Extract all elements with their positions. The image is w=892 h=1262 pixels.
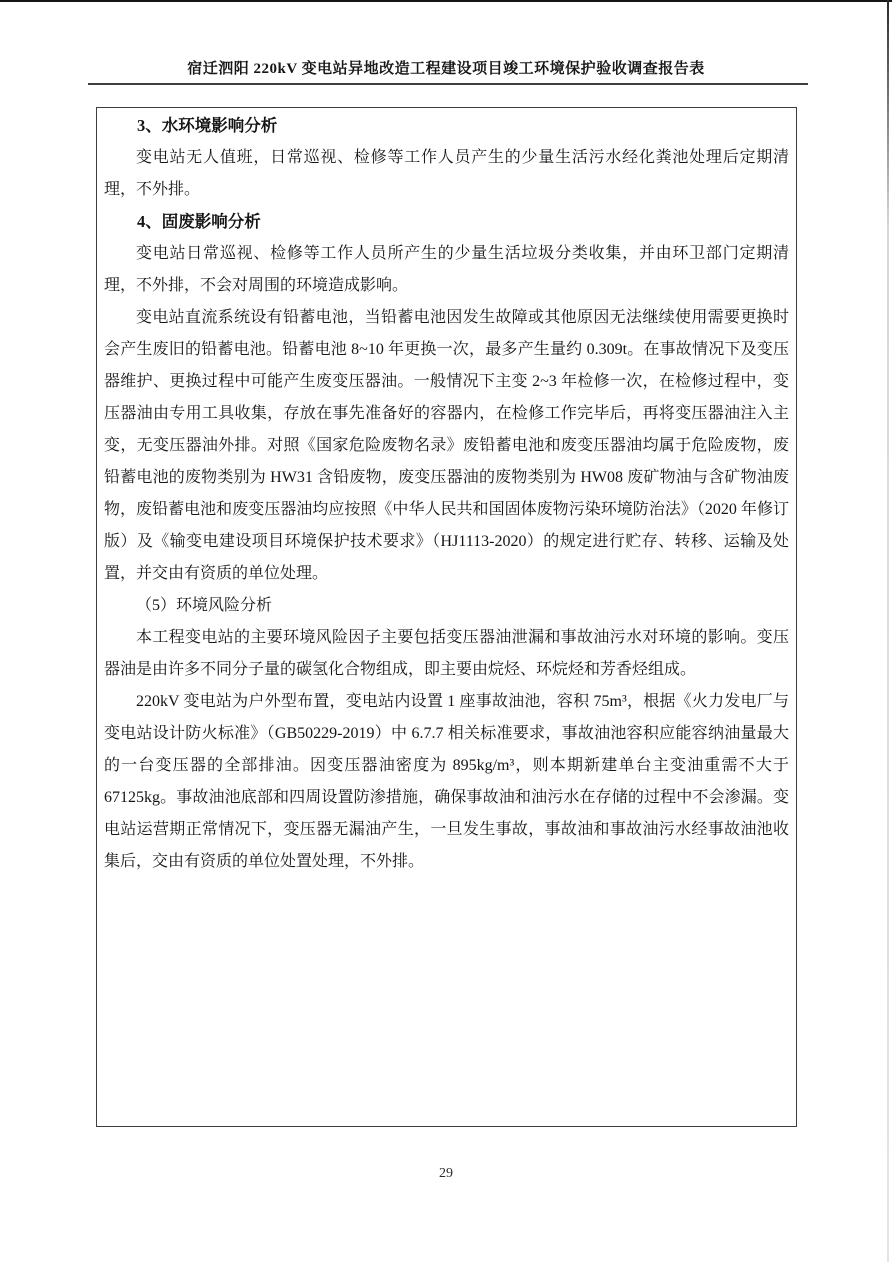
scan-edge-right	[887, 0, 889, 1262]
running-header-title: 宿迁泗阳 220kV 变电站异地改造工程建设项目竣工环境保护验收调查报告表	[0, 57, 892, 78]
document-page: 宿迁泗阳 220kV 变电站异地改造工程建设项目竣工环境保护验收调查报告表 3、…	[0, 0, 892, 1262]
paragraph-battery-and-transformer-oil: 变电站直流系统设有铅蓄电池，当铅蓄电池因发生故障或其他原因无法继续使用需要更换时…	[104, 302, 789, 590]
paragraph-risk-factors: 本工程变电站的主要环境风险因子主要包括变压器油泄漏和事故油污水对环境的影响。变压…	[104, 622, 789, 686]
page-number: 29	[0, 1166, 892, 1182]
paragraph-domestic-waste: 变电站日常巡视、检修等工作人员所产生的少量生活垃圾分类收集，并由环卫部门定期清理…	[104, 238, 789, 302]
header-rule	[88, 83, 808, 85]
section-heading-solid-waste-impact: 4、固废影响分析	[104, 206, 789, 238]
paragraph-accident-oil-pool: 220kV 变电站为户外型布置，变电站内设置 1 座事故油池，容积 75m³，根…	[104, 686, 789, 878]
section-heading-water-impact: 3、水环境影响分析	[104, 110, 789, 142]
report-table-cell: 3、水环境影响分析 变电站无人值班，日常巡视、检修等工作人员产生的少量生活污水经…	[96, 107, 797, 1127]
scan-edge-top	[0, 0, 892, 2]
subsection-heading-environmental-risk: （5）环境风险分析	[104, 590, 789, 622]
paragraph-water-impact: 变电站无人值班，日常巡视、检修等工作人员产生的少量生活污水经化粪池处理后定期清理…	[104, 142, 789, 206]
